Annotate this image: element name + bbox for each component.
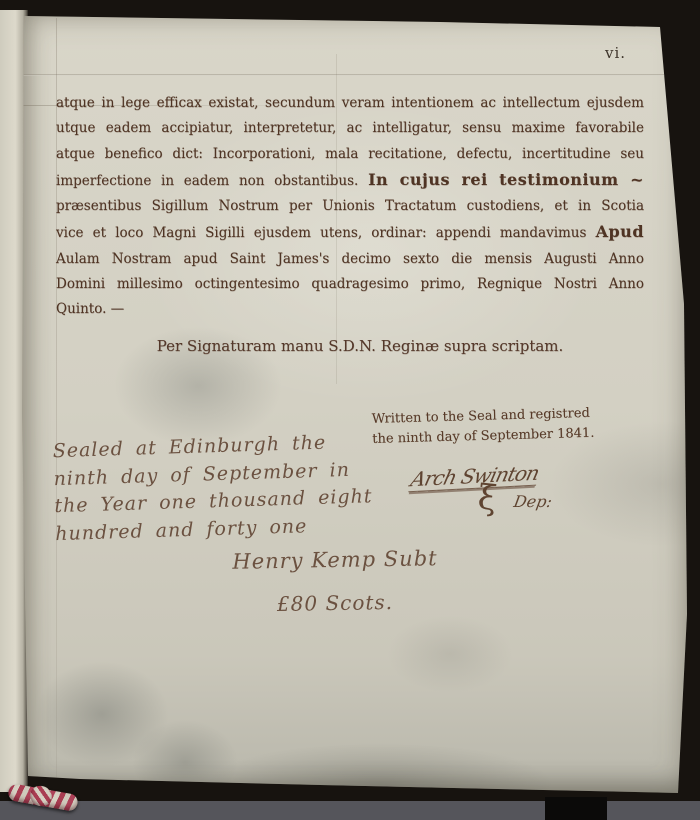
charter-line: utque eadem accipiatur, interpretetur, a… xyxy=(56,116,644,141)
clerk-signature: Henry Kemp Subt xyxy=(185,545,485,574)
testimonium-clause: In cujus rei testimonium ~ xyxy=(368,170,644,189)
attestation-line: Per Signaturam manu S.D.N. Reginæ supra … xyxy=(120,337,600,355)
deputy-title: Dep: xyxy=(512,492,553,511)
charter-line-text: imperfectione in eadem non obstantibus. xyxy=(56,173,368,189)
registration-docquet: Written to the Seal and registred the ni… xyxy=(371,402,652,450)
apud-clause: Apud xyxy=(596,222,644,241)
charter-line: Domini millesimo octingentesimo quadrage… xyxy=(56,272,644,297)
charter-line: præsentibus Sigillum Nostrum per Unionis… xyxy=(56,194,644,219)
document-page: vi. atque in lege efficax existat, secun… xyxy=(20,14,688,796)
charter-line-text: vice et loco Magni Sigilli ejusdem utens… xyxy=(56,225,596,241)
charter-line: Aulam Nostram apud Saint James's decimo … xyxy=(56,247,644,272)
charter-line: atque benefico dict: Incorporationi, mal… xyxy=(56,142,644,167)
charter-body: atque in lege efficax existat, secundum … xyxy=(56,91,644,323)
charter-line: atque in lege efficax existat, secundum … xyxy=(56,91,644,116)
flourish-icon xyxy=(476,477,499,519)
sealing-docquet: Sealed at Edinburgh the ninth day of Sep… xyxy=(52,428,385,548)
charter-line: vice et loco Magni Sigilli ejusdem utens… xyxy=(56,219,644,246)
fee-amount: £80 Scots. xyxy=(240,589,430,616)
charter-line: imperfectione in eadem non obstantibus. … xyxy=(56,167,644,194)
folio-number: vi. xyxy=(605,44,655,62)
horizontal-crease xyxy=(20,74,688,76)
deputy-signature: Arch Swinton xyxy=(408,461,541,493)
book-clasp xyxy=(545,797,607,820)
charter-line: Quinto. — xyxy=(56,297,644,322)
